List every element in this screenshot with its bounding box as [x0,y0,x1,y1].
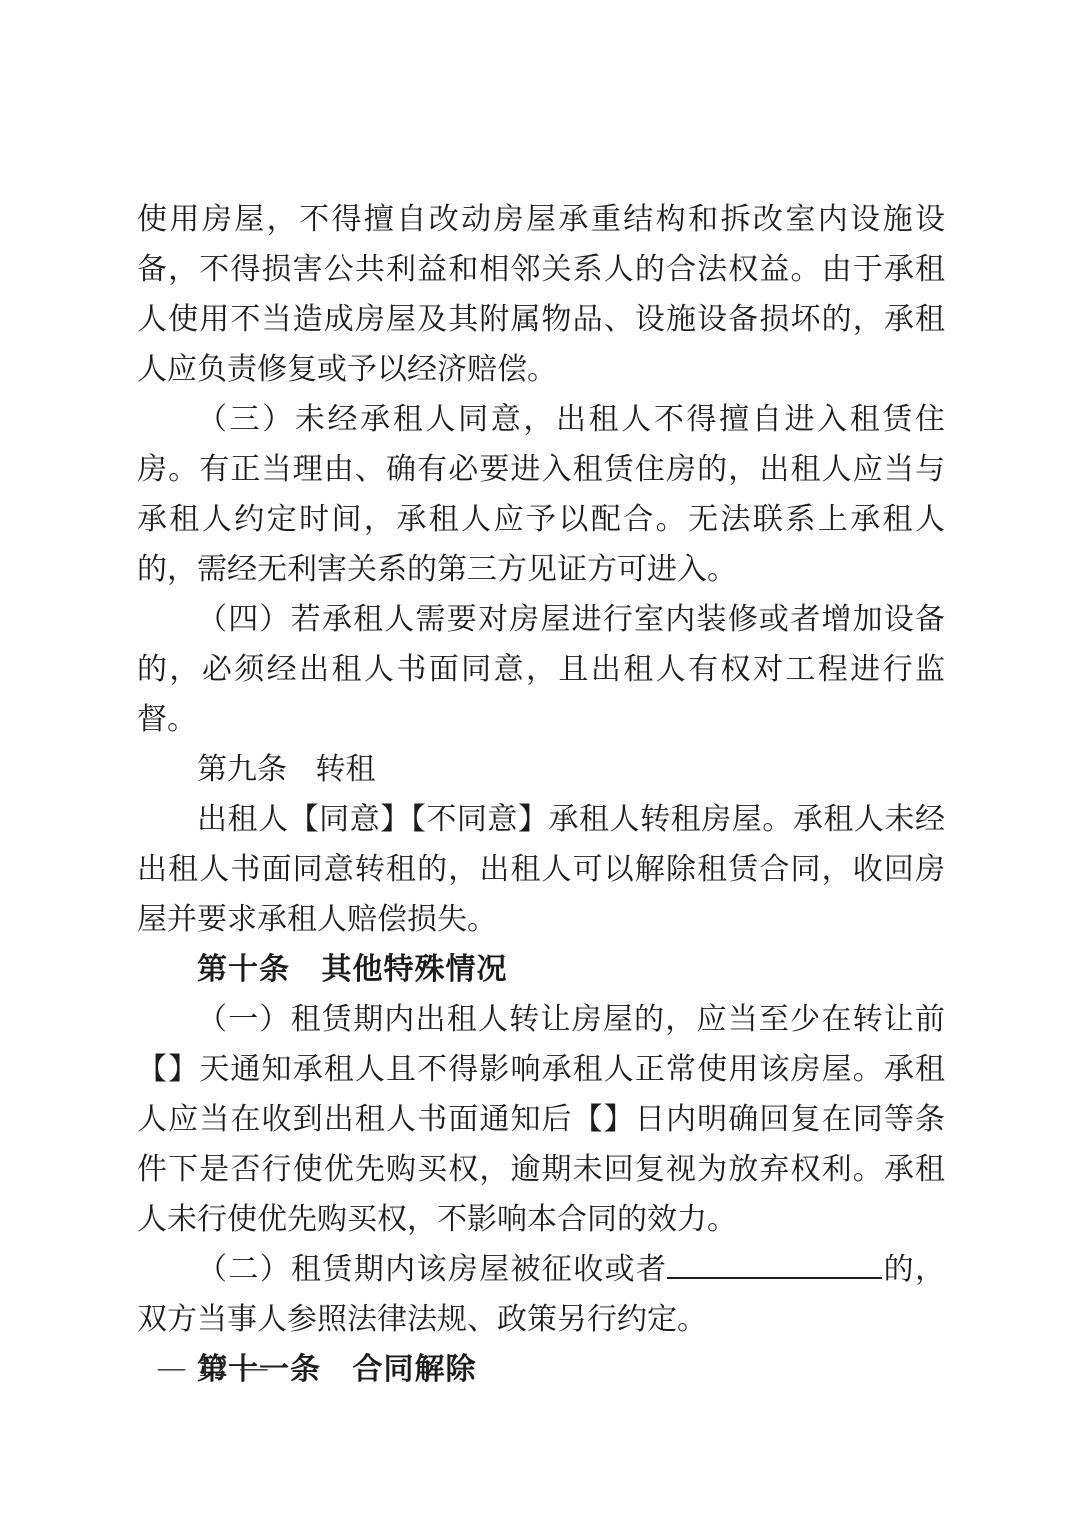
paragraph-item-2-prefix: （二）租赁期内该房屋被征收或者 [197,1253,667,1286]
page-number: — 12 — [158,1352,271,1383]
document-page: 使用房屋，不得擅自改动房屋承重结构和拆改室内设施设备，不得损害公共利益和相邻关系… [0,0,1080,1528]
article-10-label: 第十条 [197,953,290,986]
article-11-title: 合同解除 [353,1353,477,1386]
article-9-line: 第九条转租 [137,745,945,795]
paragraph-item-1: （一）租赁期内出租人转让房屋的，应当至少在转让前【】天通知承租人且不得影响承租人… [137,995,945,1245]
document-body: 使用房屋，不得擅自改动房屋承重结构和拆改室内设施设备，不得损害公共利益和相邻关系… [137,195,945,1395]
paragraph-carryover: 使用房屋，不得擅自改动房屋承重结构和拆改室内设施设备，不得损害公共利益和相邻关系… [137,195,945,395]
article-9-title: 转租 [316,753,376,786]
paragraph-item-3: （三）未经承租人同意，出租人不得擅自进入租赁住房。有正当理由、确有必要进入租赁住… [137,395,945,595]
fill-in-blank-line [667,1251,882,1280]
paragraph-item-4: （四）若承租人需要对房屋进行室内装修或者增加设备的，必须经出租人书面同意，且出租… [137,595,945,745]
paragraph-item-2: （二）租赁期内该房屋被征收或者的，双方当事人参照法律法规、政策另行约定。 [137,1245,945,1345]
article-10-heading: 第十条其他特殊情况 [137,945,945,995]
paragraph-article-9-body: 出租人【同意】【不同意】承租人转租房屋。承租人未经出租人书面同意转租的，出租人可… [137,795,945,945]
article-10-title: 其他特殊情况 [322,953,508,986]
article-9-label: 第九条 [197,753,287,786]
